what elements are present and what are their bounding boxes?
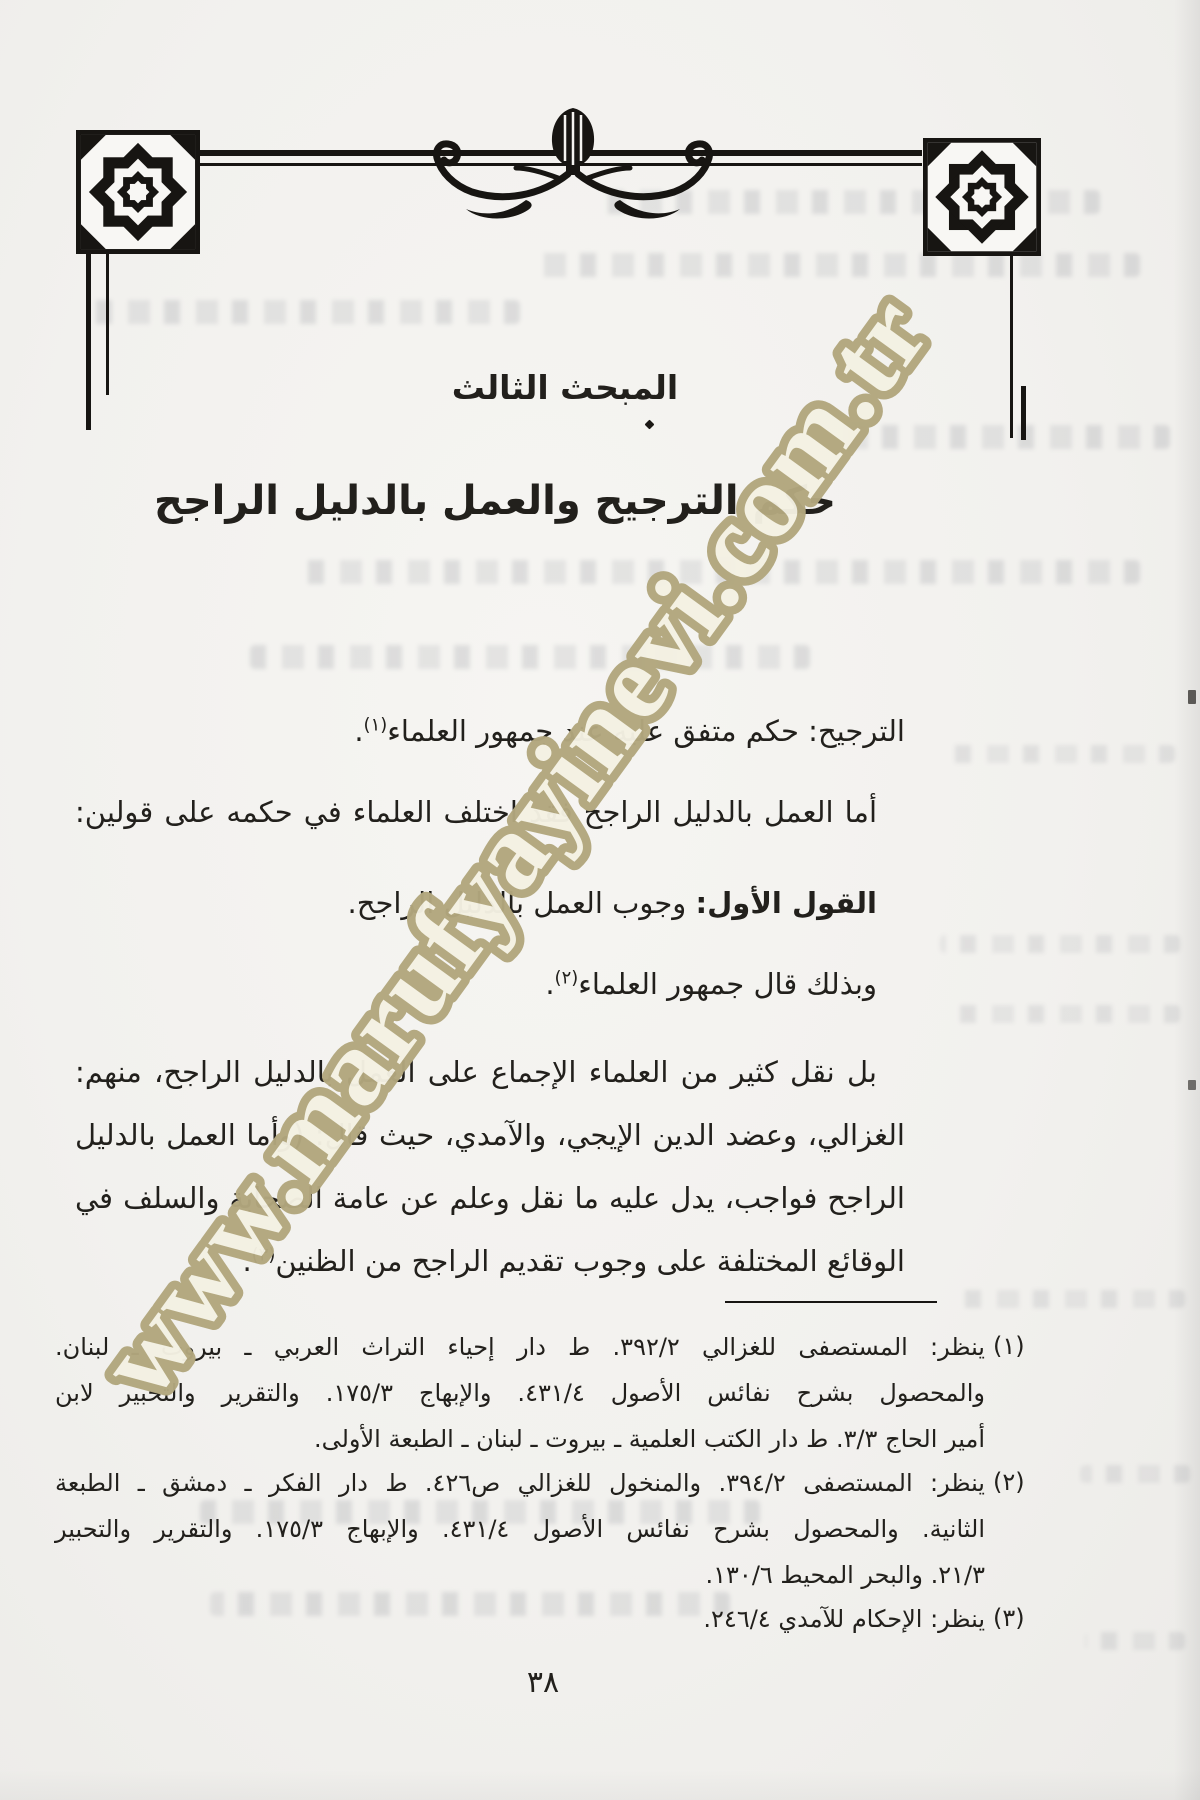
footnote-ref-3: (٣) (252, 1244, 276, 1265)
footnote-1-line3: أمير الحاج ٣/٣. ط دار الكتب العلمية ـ بي… (55, 1424, 985, 1455)
section-heading: المبحث الثالث (415, 368, 715, 407)
footnote-1-line2: والمحصول بشرح نفائس الأصول ٤٣١/٤. والإبه… (55, 1378, 985, 1409)
chapter-title: حكم الترجيح والعمل بالدليل الراجح (145, 478, 845, 524)
paragraph-jumhur: وبذلك قال جمهور العلماء(٢). (75, 965, 905, 1004)
page-number: ٣٨ (498, 1665, 588, 1700)
bleedthrough-ghost (940, 935, 1180, 953)
sentence-period: . (545, 967, 554, 1001)
bleedthrough-ghost (540, 253, 1140, 277)
bleedthrough-ghost (90, 300, 520, 324)
border-vline-left-thick (86, 252, 91, 430)
bleedthrough-ghost (955, 1290, 1185, 1308)
lotus-scroll-ornament (408, 102, 738, 244)
corner-star-ornament-left (73, 130, 203, 254)
scanned-book-page: المبحث الثالث حكم الترجيح والعمل بالدليل… (0, 0, 1200, 1800)
paragraph-ijma-line1: بل نقل كثير من العلماء الإجماع على العمل… (75, 1053, 905, 1092)
scan-edge-mark (1188, 1080, 1196, 1090)
bleedthrough-ghost (950, 1005, 1180, 1023)
footnote-ref-1: (١) (364, 714, 388, 735)
footnote-2-line3: ٢١/٣. والبحر المحيط ١٣٠/٦. (55, 1560, 985, 1591)
paragraph-ijma-line4: الوقائع المختلفة على وجوب تقديم الراجح م… (75, 1242, 905, 1281)
paragraph-disagreement: أما العمل بالدليل الراجح فقد اختلف العلم… (75, 793, 905, 832)
paragraph-tarjih-definition: الترجيح: حكم متفق عليه عند جمهور العلماء… (75, 712, 905, 751)
ink-speck (645, 420, 655, 430)
footnote-2-line1: ينظر: المستصفى ٣٩٤/٢. والمنخول للغزالي ص… (55, 1468, 985, 1499)
paragraph-first-opinion: القول الأول: وجوب العمل بالدليل الراجح. (75, 884, 905, 923)
paragraph-text: وبذلك قال جمهور العلماء (578, 967, 877, 1001)
sentence-period: . (242, 1244, 251, 1278)
first-opinion-label: القول الأول: (696, 886, 877, 920)
bleedthrough-ghost (840, 425, 1170, 449)
footnote-3-marker: (٣) (993, 1604, 1051, 1632)
bleedthrough-ghost (945, 745, 1175, 763)
footnote-3-line1: ينظر: الإحكام للآمدي ٢٤٦/٤. (55, 1604, 985, 1635)
scan-edge-mark (1188, 690, 1196, 704)
bleedthrough-ghost (1080, 1465, 1190, 1483)
footnote-ref-2: (٢) (555, 967, 579, 988)
border-vline-right-thin (1010, 254, 1013, 438)
bleedthrough-ghost (250, 645, 810, 669)
paragraph-text: الترجيح: حكم متفق عليه عند جمهور العلماء (387, 714, 905, 748)
footnote-1-marker: (١) (993, 1332, 1051, 1360)
paragraph-ijma-line3: الراجح فواجب، يدل عليه ما نقل وعلم عن عا… (75, 1179, 905, 1218)
first-opinion-text: وجوب العمل بالدليل الراجح. (348, 886, 696, 920)
bleedthrough-ghost (1085, 1632, 1185, 1650)
bleedthrough-ghost (300, 560, 1140, 584)
footnote-1-line1: ينظر: المستصفى للغزالي ٣٩٢/٢. ط دار إحيا… (55, 1332, 985, 1363)
sentence-period: . (354, 714, 363, 748)
paragraph-ijma-line2: الغزالي، وعضد الدين الإيجي، والآمدي، حيث… (75, 1116, 905, 1155)
footnote-2-marker: (٢) (993, 1468, 1051, 1496)
border-vline-left-thin (106, 252, 109, 395)
footnote-separator (725, 1301, 937, 1303)
footnote-2-line2: الثانية. والمحصول بشرح نفائس الأصول ٤٣١/… (55, 1514, 985, 1545)
border-vline-right-thick (1021, 386, 1026, 440)
paragraph-text: الوقائع المختلفة على وجوب تقديم الراجح م… (275, 1244, 905, 1278)
corner-star-ornament-right (918, 138, 1046, 256)
